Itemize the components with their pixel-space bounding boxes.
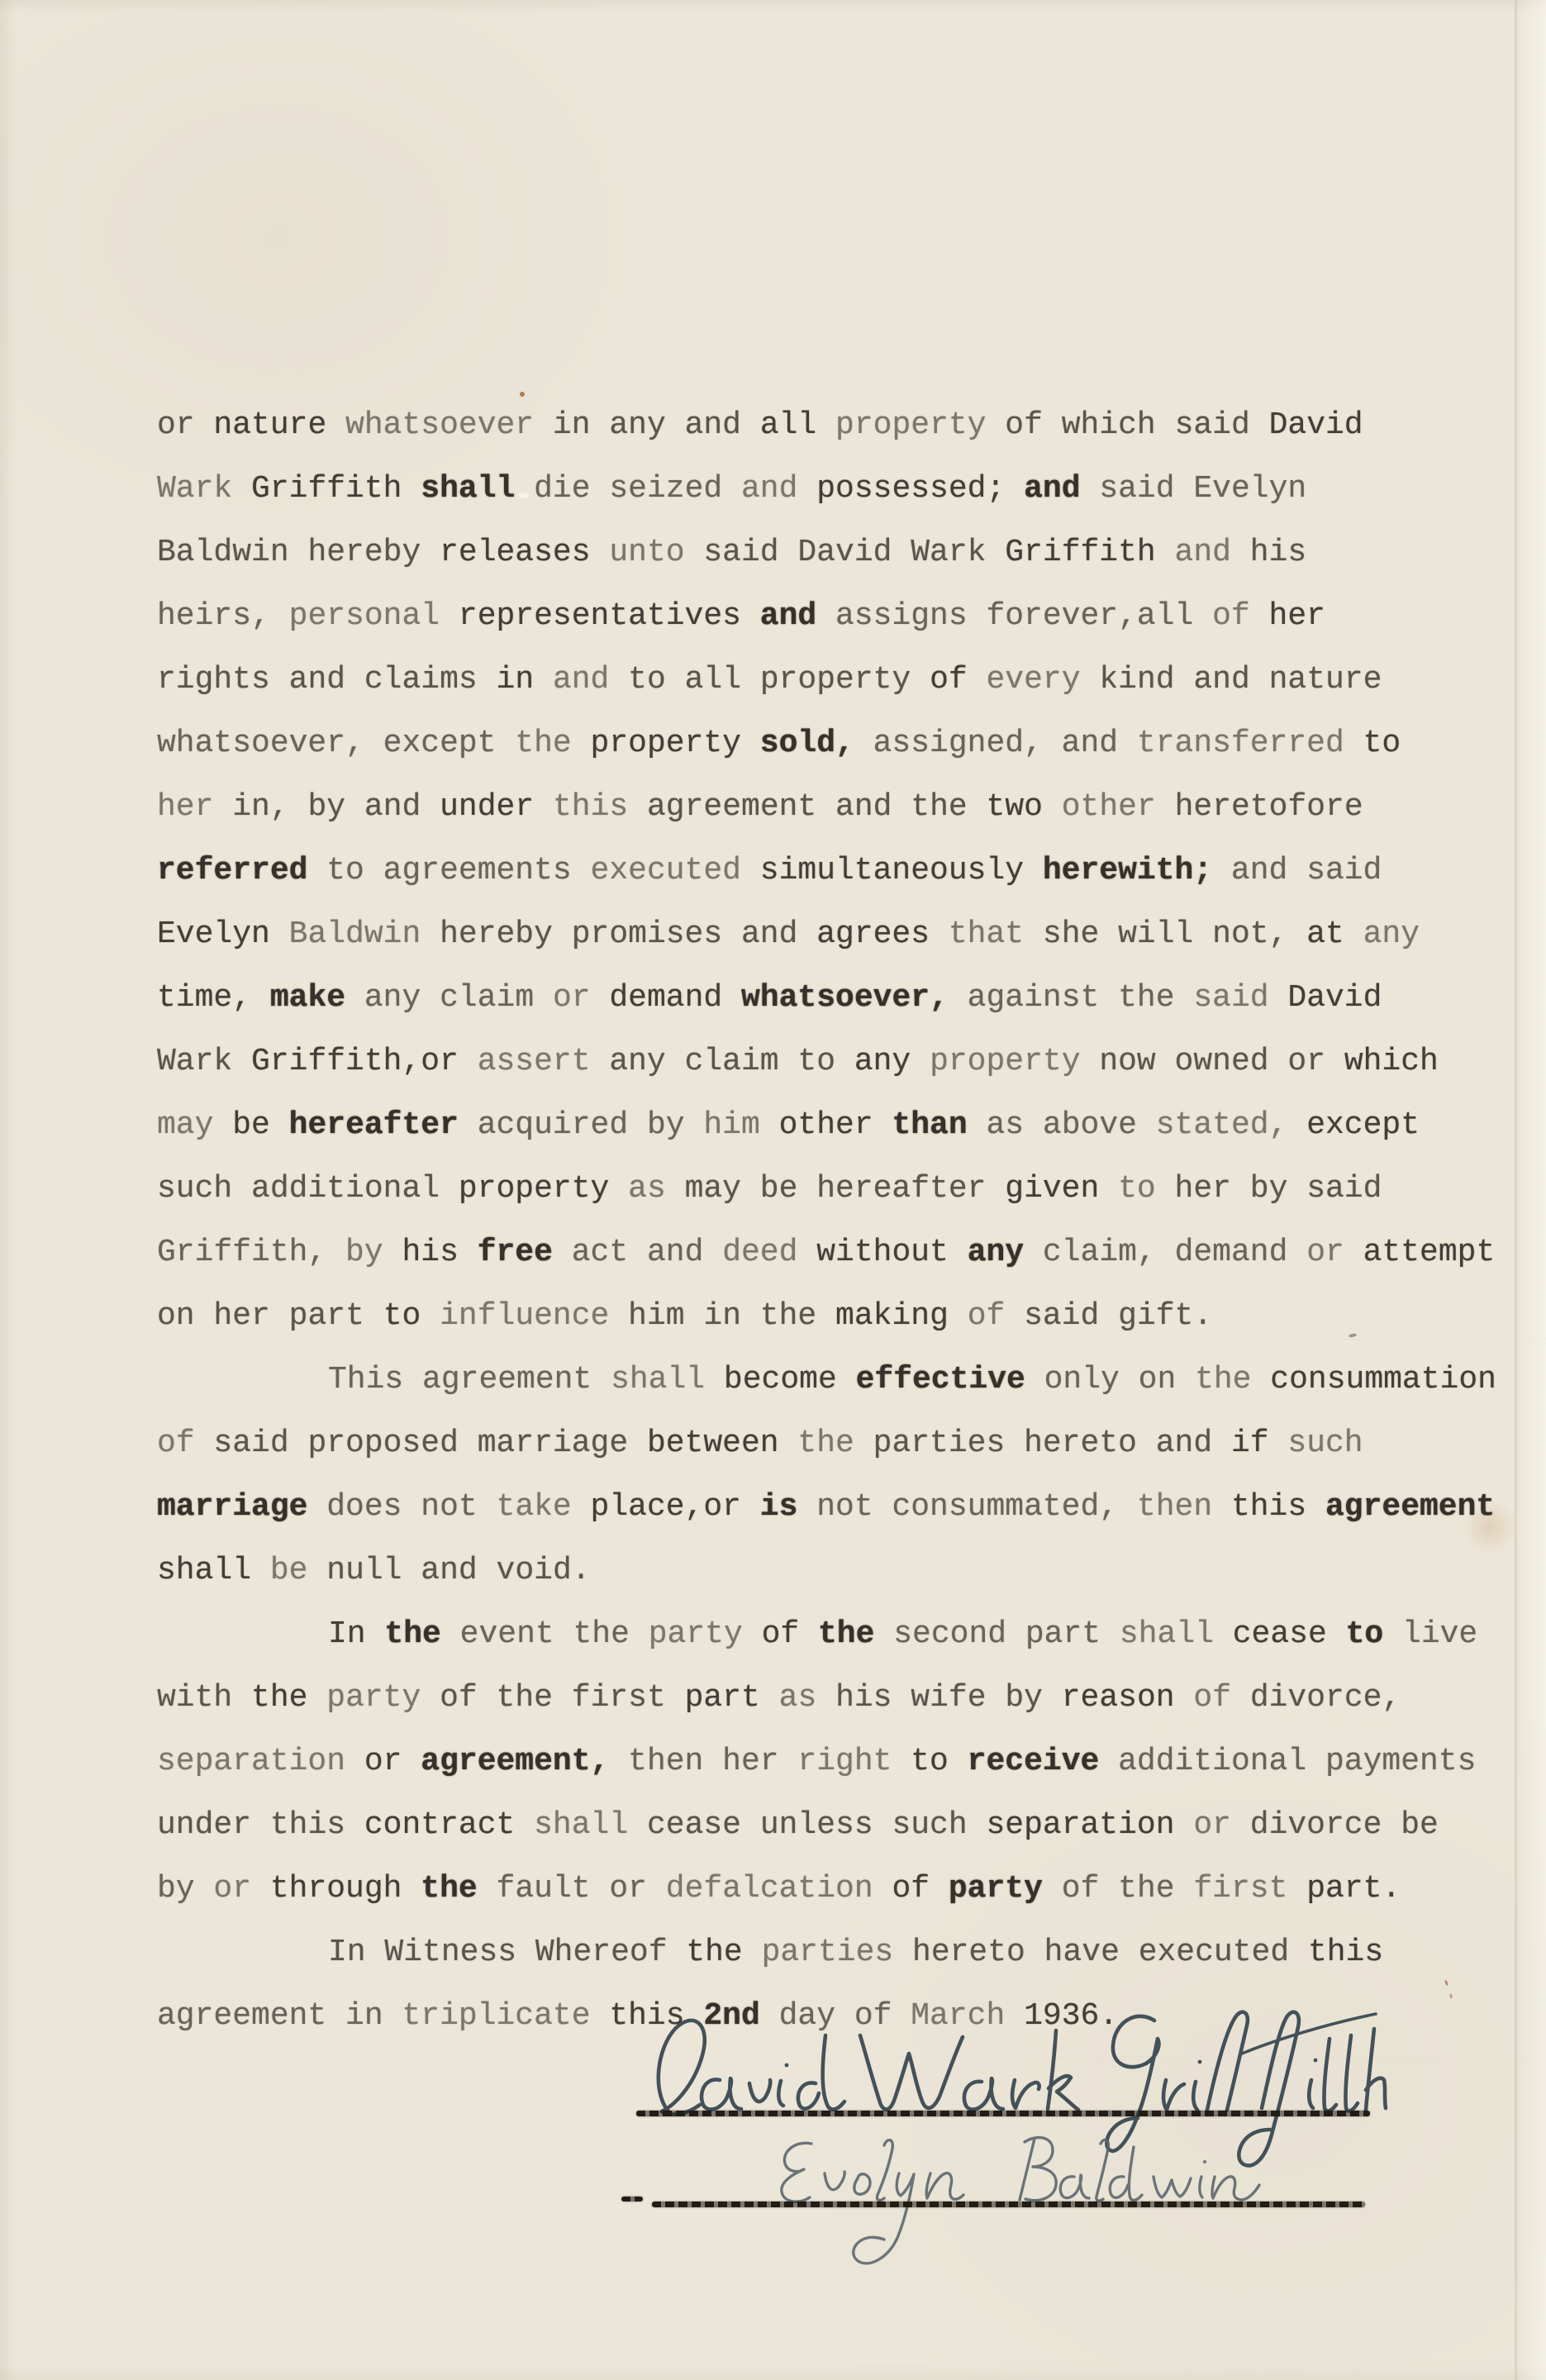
typed-line: In Witness Whereof the parties hereto ha…: [157, 1921, 1529, 1984]
typed-line: such additional property as may be herea…: [157, 1157, 1529, 1221]
typed-line: on her part to influence him in the maki…: [157, 1284, 1529, 1348]
typed-line: under this contract shall cease unless s…: [157, 1793, 1529, 1857]
typed-line: of said proposed marriage between the pa…: [157, 1411, 1529, 1475]
typed-line: referred to agreements executed simultan…: [157, 839, 1529, 902]
typed-line: time, make any claim or demand whatsoeve…: [157, 966, 1529, 1030]
signature-line-dash: [621, 2197, 643, 2201]
typed-line: Griffith, by his free act and deed witho…: [157, 1221, 1529, 1284]
typed-line: her in, by and under this agreement and …: [157, 775, 1529, 839]
typed-line: by or through the fault or defalcation o…: [157, 1857, 1529, 1921]
typed-line: Baldwin hereby releases unto said David …: [157, 521, 1529, 584]
typed-text-block: or nature whatsoever in any and all prop…: [157, 393, 1529, 2048]
typed-line: Wark Griffith,or assert any claim to any…: [157, 1030, 1529, 1093]
typed-line: with the party of the first part as his …: [157, 1666, 1529, 1730]
typed-line: shall be null and void.: [157, 1539, 1529, 1602]
typed-line: heirs, personal representatives and assi…: [157, 584, 1529, 648]
typed-line: rights and claims in and to all property…: [157, 648, 1529, 712]
typed-line: whatsoever, except the property sold, as…: [157, 712, 1529, 775]
signature-evelyn-baldwin: [744, 2116, 1272, 2281]
typed-line: Evelyn Baldwin hereby promises and agree…: [157, 902, 1529, 966]
typed-line: separation or agreement, then her right …: [157, 1730, 1529, 1793]
signature-line-second-party: [652, 2201, 1365, 2207]
typed-line: may be hereafter acquired by him other t…: [157, 1093, 1529, 1157]
typed-line: or nature whatsoever in any and all prop…: [157, 393, 1529, 457]
typed-line: Wark Griffith shall die seized and posse…: [157, 457, 1529, 521]
typed-line: In the event the party of the second par…: [157, 1602, 1529, 1666]
typed-line: This agreement shall become effective on…: [157, 1348, 1529, 1411]
scanned-document-page: or nature whatsoever in any and all prop…: [0, 0, 1546, 2380]
typed-line: marriage does not take place,or is not c…: [157, 1475, 1529, 1539]
